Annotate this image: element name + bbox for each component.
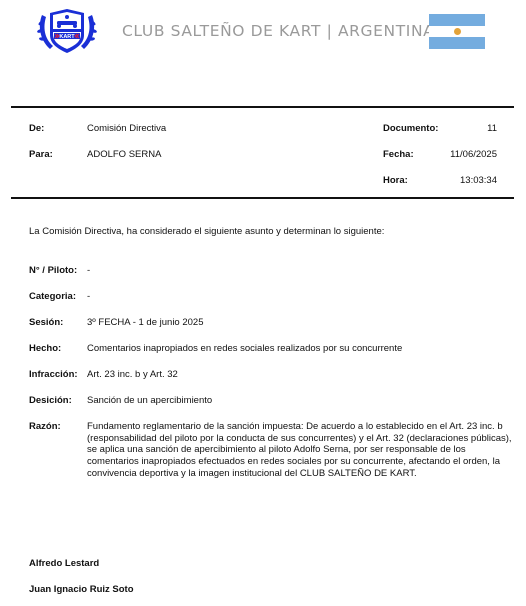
club-kart-crest-icon: KART (36, 7, 98, 55)
document-header: KART CLUB SALTEÑO DE KART | ARGENTINA (0, 0, 526, 60)
argentina-flag-icon (429, 14, 485, 49)
pilot-value: - (87, 265, 90, 276)
signer-name: Juan Ignacio Ruiz Soto (29, 584, 134, 595)
time-value: 13:03:34 (417, 175, 497, 186)
session-value: 3º FECHA - 1 de junio 2025 (87, 317, 203, 328)
reason-label: Razón: (29, 421, 61, 432)
date-value: 11/06/2025 (417, 149, 497, 160)
date-label: Fecha: (383, 149, 414, 160)
svg-text:KART: KART (59, 34, 75, 40)
session-label: Sesión: (29, 317, 63, 328)
to-value: ADOLFO SERNA (87, 149, 161, 160)
decision-label: Desición: (29, 395, 72, 406)
meta-divider (11, 197, 514, 199)
intro-text: La Comisión Directiva, ha considerado el… (29, 226, 384, 237)
infraction-value: Art. 23 inc. b y Art. 32 (87, 369, 178, 380)
fact-label: Hecho: (29, 343, 61, 354)
decision-value: Sanción de un apercibimiento (87, 395, 212, 406)
from-label: De: (29, 123, 44, 134)
pilot-label: N° / Piloto: (29, 265, 77, 276)
sun-icon (454, 28, 461, 35)
header-divider (11, 106, 514, 108)
infraction-label: Infracción: (29, 369, 78, 380)
document-number: 11 (417, 123, 497, 134)
reason-text: Fundamento reglamentario de la sanción i… (87, 421, 512, 480)
fact-value: Comentarios inapropiados en redes social… (87, 343, 402, 354)
club-title: CLUB SALTEÑO DE KART | ARGENTINA (122, 22, 434, 40)
from-value: Comisión Directiva (87, 123, 166, 134)
time-label: Hora: (383, 175, 408, 186)
to-label: Para: (29, 149, 53, 160)
category-label: Categoria: (29, 291, 76, 302)
signer-name: Alfredo Lestard (29, 558, 99, 569)
category-value: - (87, 291, 90, 302)
